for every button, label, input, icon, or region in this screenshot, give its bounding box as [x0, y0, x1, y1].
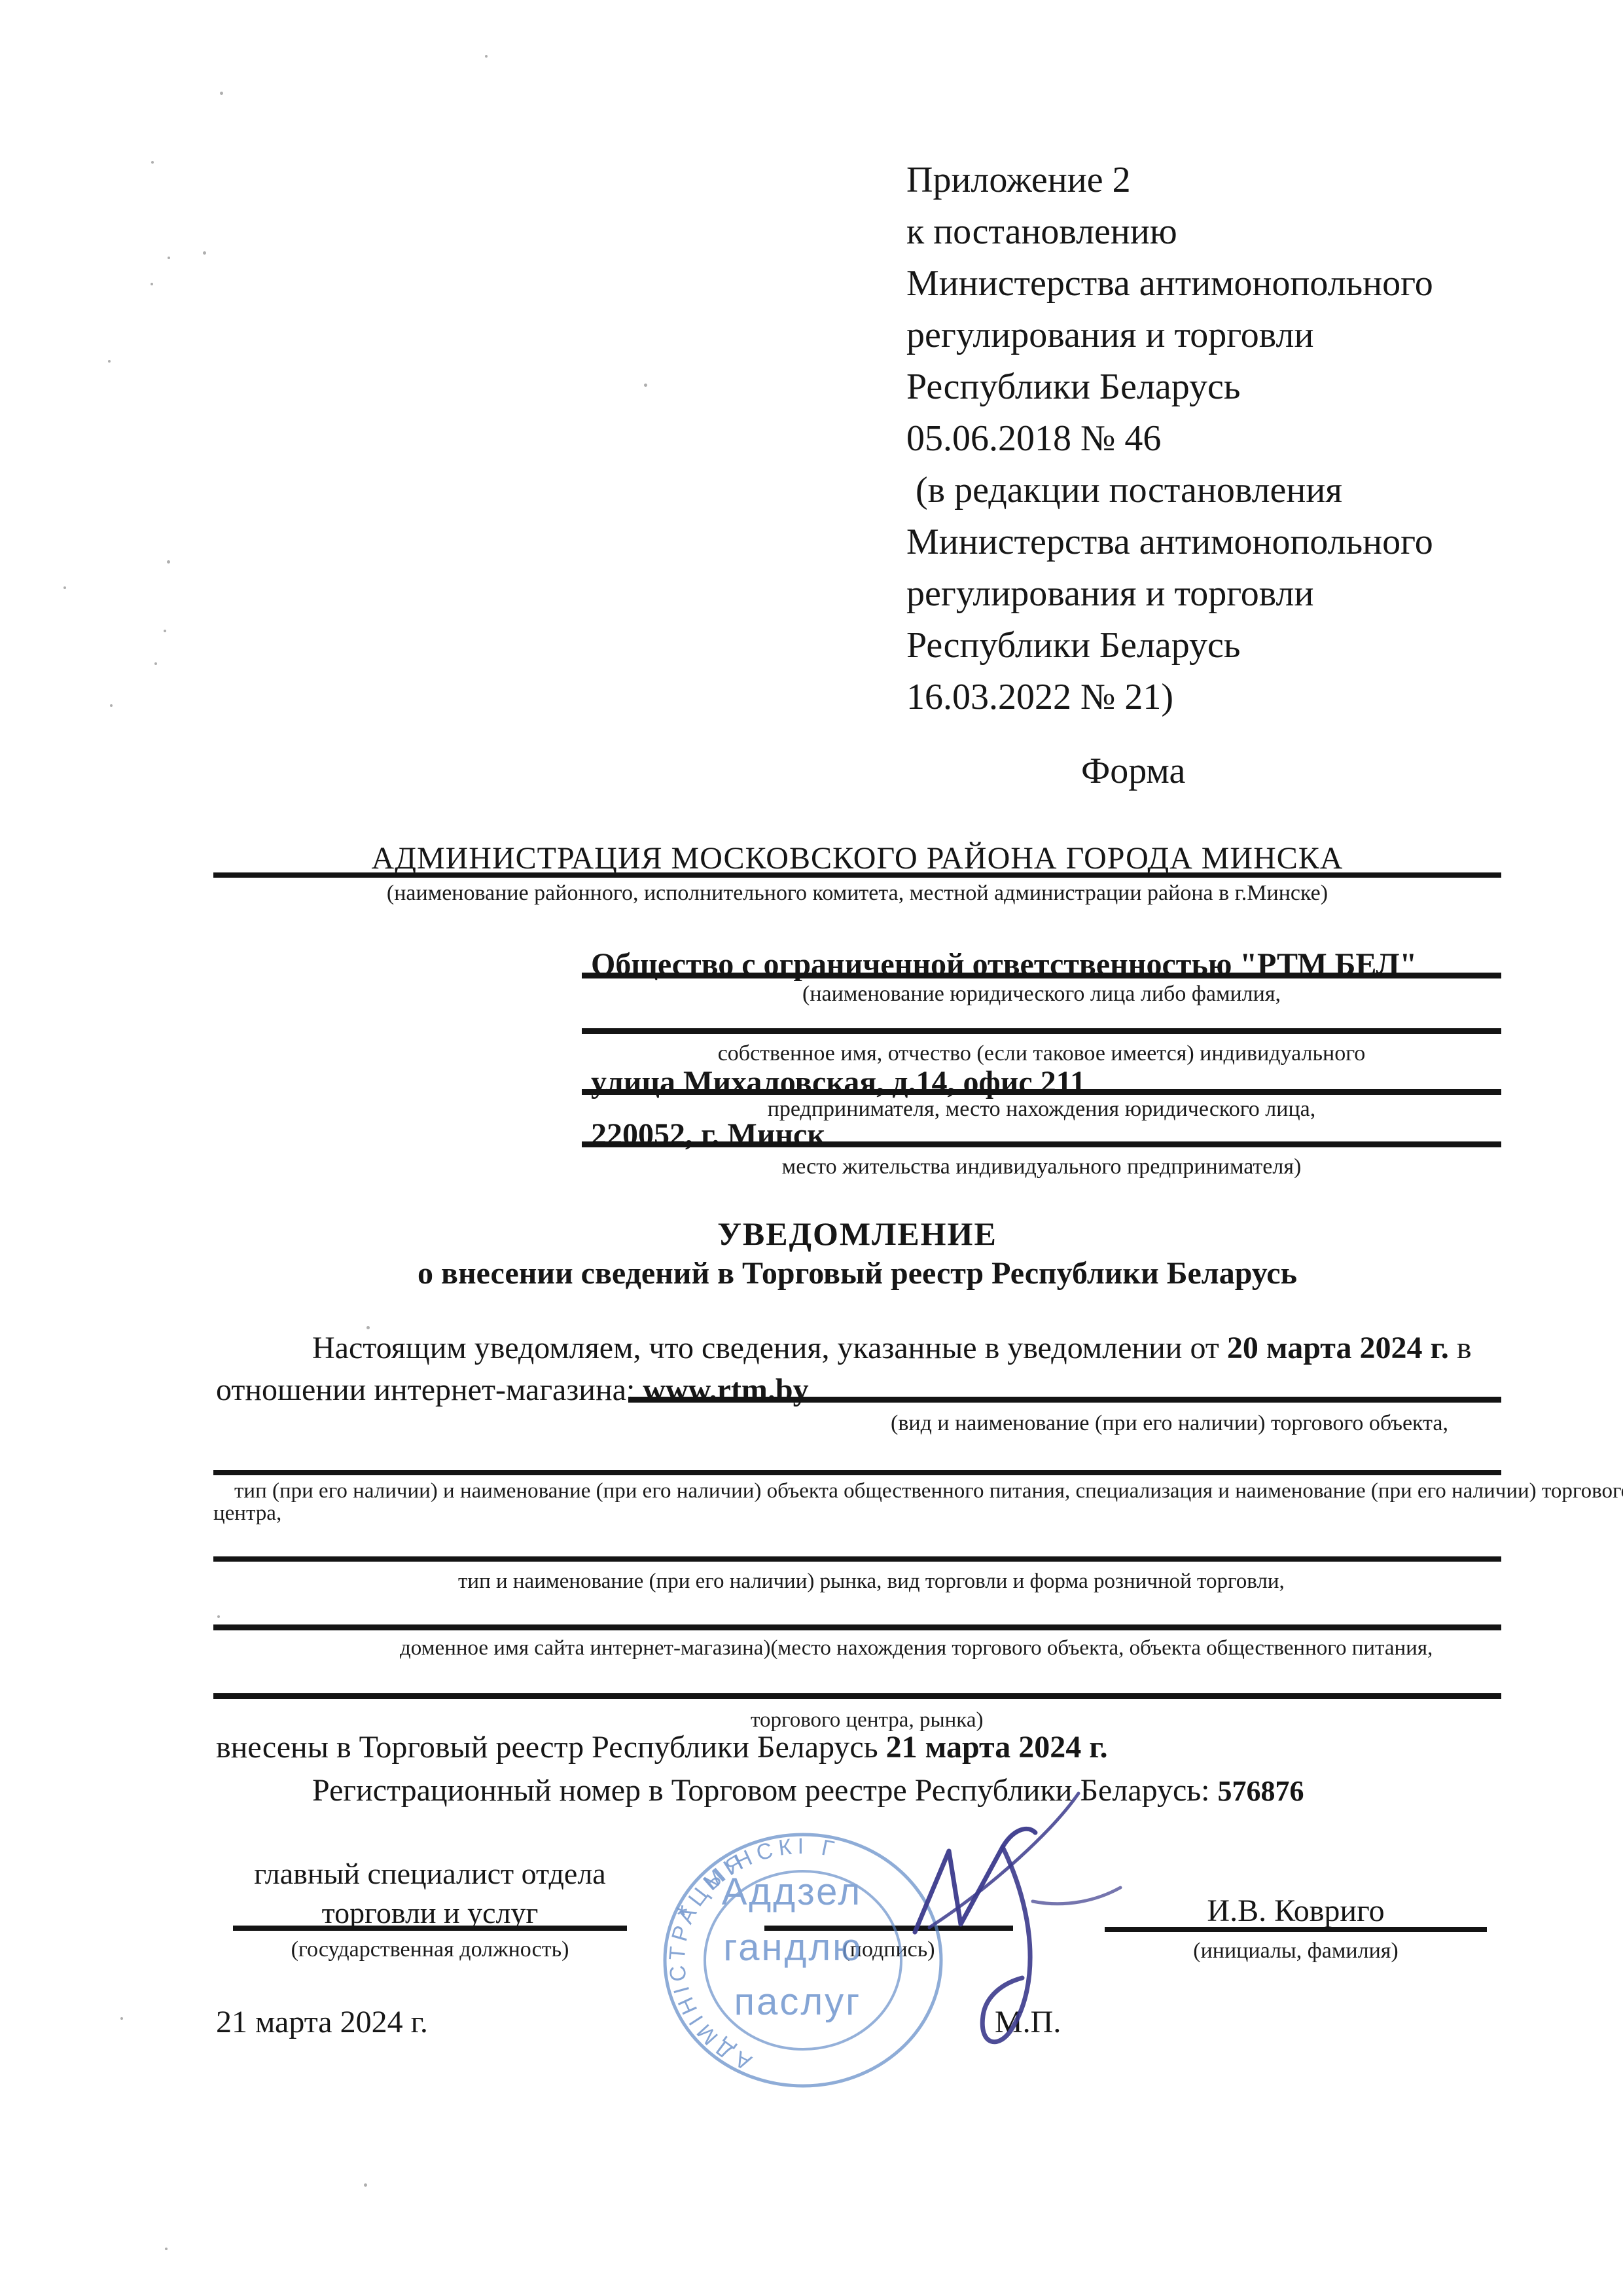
signer-name-caption: (инициалы, фамилия): [1105, 1939, 1487, 1964]
registration-number: 576876: [1218, 1775, 1304, 1807]
paragraph-text: отношении интернет-магазина:: [216, 1372, 643, 1407]
appendix-reference-block: Приложение 2 к постановлению Министерств…: [906, 154, 1587, 723]
entered-text: внесены в Торговый реестр Республики Бел…: [216, 1730, 886, 1765]
authority-underline: [213, 872, 1501, 878]
paragraph-text: в: [1449, 1331, 1472, 1365]
scan-noise-dot: [120, 2017, 123, 2020]
signer-name: И.В. Ковриго: [1105, 1893, 1487, 1929]
form-field-line: [213, 1624, 1501, 1630]
form-field-line: [213, 1470, 1501, 1475]
org-name-underline: [582, 973, 1501, 978]
website-field-underline: [628, 1397, 1501, 1403]
position-caption: (государственная должность): [233, 1937, 627, 1962]
scan-noise-dot: [203, 251, 206, 255]
scan-noise-dot: [485, 55, 488, 58]
document-date: 21 марта 2024 г.: [216, 2004, 428, 2040]
trade-object-caption: (вид и наименование (при его наличии) то…: [891, 1411, 1448, 1436]
document-title: УВЕДОМЛЕНИЕ: [213, 1215, 1501, 1253]
market-caption: тип и наименование (при его наличии) рын…: [458, 1570, 1285, 1594]
scan-noise-dot: [108, 360, 111, 363]
scan-noise-dot: [151, 161, 154, 164]
scan-noise-dot: [165, 2248, 168, 2250]
scan-noise-dot: [644, 384, 647, 387]
form-field-line: [213, 1693, 1501, 1699]
residence-caption: место жительства индивидуального предпри…: [582, 1155, 1501, 1179]
authority-caption: (наименование районного, исполнительного…: [213, 881, 1501, 906]
appendix-line: Республики Беларусь: [906, 620, 1587, 672]
authority-name: АДМИНИСТРАЦИЯ МОСКОВСКОГО РАЙОНА ГОРОДА …: [213, 840, 1501, 876]
registration-line: Регистрационный номер в Торговом реестре…: [312, 1772, 1304, 1808]
appendix-line: к постановлению: [906, 206, 1587, 258]
appendix-line: Министерства антимонопольного: [906, 516, 1587, 568]
scan-noise-dot: [151, 283, 153, 285]
official-position-line1: главный специалист отдела: [233, 1856, 627, 1891]
scan-noise-dot: [164, 630, 166, 632]
city-underline: [582, 1141, 1501, 1147]
catering-caption-line1: тип (при его наличии) и наименование (пр…: [234, 1479, 1623, 1503]
appendix-line: Министерства антимонопольного: [906, 258, 1587, 310]
handwritten-signature: [838, 1767, 1152, 2075]
scan-noise-dot: [364, 2183, 367, 2187]
scan-noise-dot: [167, 560, 170, 564]
document-subtitle: о внесении сведений в Торговый реестр Ре…: [213, 1255, 1501, 1291]
owner-name-caption: собственное имя, отчество (если таковое …: [582, 1041, 1501, 1066]
position-underline: [233, 1926, 627, 1931]
scan-noise-dot: [63, 586, 66, 589]
scanned-document-page: Приложение 2 к постановлению Министерств…: [0, 0, 1623, 2296]
address-underline: [582, 1089, 1501, 1095]
form-label: Форма: [1081, 750, 1185, 792]
appendix-line: Приложение 2: [906, 154, 1587, 206]
scan-noise-dot: [168, 257, 170, 259]
scan-noise-dot: [220, 92, 223, 95]
scan-noise-dot: [217, 1615, 220, 1618]
form-field-line: [213, 1556, 1501, 1562]
scan-noise-dot: [110, 704, 113, 707]
appendix-line: 16.03.2022 № 21): [906, 672, 1587, 723]
notification-date: 20 марта 2024 г.: [1227, 1331, 1449, 1365]
appendix-line: 05.06.2018 № 46: [906, 413, 1587, 465]
catering-caption-line2: центра,: [213, 1501, 281, 1526]
paragraph-line-1: Настоящим уведомляем, что сведения, указ…: [312, 1330, 1472, 1366]
entered-line: внесены в Торговый реестр Республики Бел…: [216, 1729, 1108, 1765]
paragraph-text: Настоящим уведомляем, что сведения, указ…: [312, 1331, 1227, 1365]
scan-noise-dot: [154, 662, 157, 665]
appendix-line: Республики Беларусь: [906, 361, 1587, 413]
blank-field-underline: [582, 1028, 1501, 1034]
appendix-line: регулирования и торговли: [906, 310, 1587, 361]
appendix-line: (в редакции постановления: [906, 465, 1587, 516]
appendix-line: регулирования и торговли: [906, 568, 1587, 620]
signer-name-underline: [1105, 1927, 1487, 1932]
scan-noise-dot: [366, 1326, 370, 1329]
org-name-caption: (наименование юридического лица либо фам…: [582, 982, 1501, 1007]
domain-caption: доменное имя сайта интернет-магазина)(ме…: [400, 1636, 1433, 1660]
entry-date: 21 марта 2024 г.: [886, 1730, 1108, 1765]
